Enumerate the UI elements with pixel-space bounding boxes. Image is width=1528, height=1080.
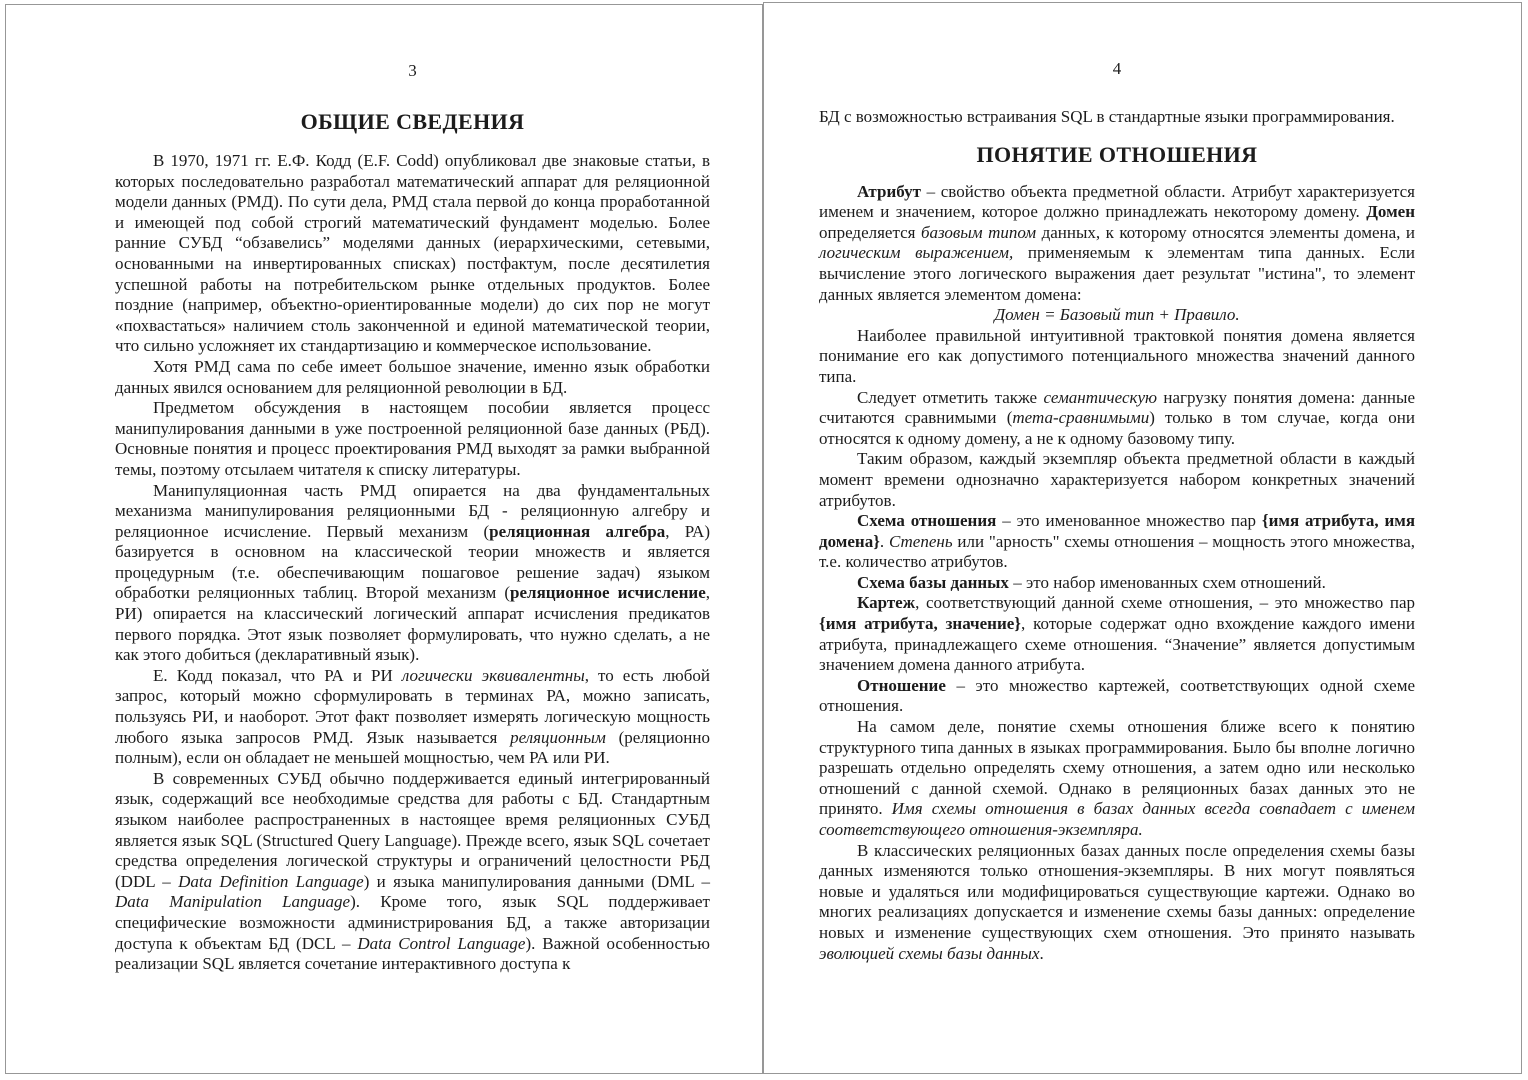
bold-term: {имя атрибута, значение} xyxy=(819,614,1021,633)
paragraph: В классических реляционных базах данных … xyxy=(819,841,1415,965)
bold-term: Атрибут xyxy=(857,182,921,201)
paragraph: Схема базы данных – это набор именованны… xyxy=(819,573,1415,594)
italic-term: Data Manipulation Language xyxy=(115,892,350,911)
paragraph: Картеж, соответствующий данной схеме отн… xyxy=(819,593,1415,675)
text-run: Наиболее правильной интуитивной трактовк… xyxy=(819,326,1415,386)
italic-term: Имя схемы отношения в базах данных всегд… xyxy=(819,799,1415,839)
paragraph: Манипуляционная часть РМД опирается на д… xyxy=(115,481,710,666)
section-title-general-info: ОБЩИЕ СВЕДЕНИЯ xyxy=(115,109,710,135)
bold-term: Домен xyxy=(1366,202,1415,221)
paragraph: Хотя РМД сама по себе имеет большое знач… xyxy=(115,357,710,398)
paragraph: Таким образом, каждый экземпляр объекта … xyxy=(819,449,1415,511)
text-run: , соответствующий данной схеме отношения… xyxy=(915,593,1415,612)
paragraph: В современных СУБД обычно поддерживается… xyxy=(115,769,710,975)
text-run: – это именованное множество пар xyxy=(996,511,1262,530)
page-right-continuation-paragraphs: БД с возможностью встраивания SQL в стан… xyxy=(819,107,1415,128)
text-run: Е. Кодд показал, что РА и РИ xyxy=(153,666,402,685)
paragraph: В 1970, 1971 гг. Е.Ф. Кодд (E.F. Codd) о… xyxy=(115,151,710,357)
bold-term: реляционное исчисление xyxy=(510,583,706,602)
section-title-relation-concept: ПОНЯТИЕ ОТНОШЕНИЯ xyxy=(819,142,1415,168)
bold-term: Схема отношения xyxy=(857,511,996,530)
italic-term: эволюцией схемы базы данных xyxy=(819,944,1040,963)
page-left: 3 ОБЩИЕ СВЕДЕНИЯ В 1970, 1971 гг. Е.Ф. К… xyxy=(5,4,763,1074)
text-run: В классических реляционных базах данных … xyxy=(819,841,1415,942)
page-right-paragraphs: Атрибут – свойство объекта предметной об… xyxy=(819,182,1415,965)
text-run: ) и языка манипулирования данными (DML – xyxy=(364,872,710,891)
italic-term: семантическую xyxy=(1044,388,1157,407)
page-right-content: 4 БД с возможностью встраивания SQL в ст… xyxy=(819,3,1415,964)
bold-term: Схема базы данных xyxy=(857,573,1009,592)
text-run: Предметом обсуждения в настоящем пособии… xyxy=(115,398,710,479)
text-run: – это набор именованных схем отношений. xyxy=(1009,573,1326,592)
book-spread: 3 ОБЩИЕ СВЕДЕНИЯ В 1970, 1971 гг. Е.Ф. К… xyxy=(0,0,1528,1080)
text-run: . xyxy=(880,532,889,551)
italic-term: логическим выражением, xyxy=(819,243,1013,262)
page-number-left: 3 xyxy=(115,61,710,81)
page-number-right: 4 xyxy=(819,59,1415,79)
italic-term: тета-сравнимыми xyxy=(1012,408,1149,427)
paragraph: Атрибут – свойство объекта предметной об… xyxy=(819,182,1415,306)
bold-term: Картеж xyxy=(857,593,915,612)
italic-term: логически эквивалентны xyxy=(402,666,585,685)
italic-term: реляционным xyxy=(510,728,606,747)
paragraph: На самом деле, понятие схемы отношения б… xyxy=(819,717,1415,841)
italic-term: Data Control Language xyxy=(357,934,525,953)
italic-term: Степень xyxy=(889,532,953,551)
text-run: Таким образом, каждый экземпляр объекта … xyxy=(819,449,1415,509)
text-run: БД с возможностью встраивания SQL в стан… xyxy=(819,107,1395,126)
paragraph: Наиболее правильной интуитивной трактовк… xyxy=(819,326,1415,388)
paragraph: Следует отметить также семантическую наг… xyxy=(819,388,1415,450)
bold-term: Отношение xyxy=(857,676,946,695)
italic-term: Data Definition Language xyxy=(178,872,364,891)
paragraph: Отношение – это множество картежей, соот… xyxy=(819,676,1415,717)
italic-term: Домен = Базовый тип + Правило. xyxy=(994,305,1239,324)
text-run: определяется xyxy=(819,223,921,242)
formula-line: Домен = Базовый тип + Правило. xyxy=(819,305,1415,326)
paragraph: Предметом обсуждения в настоящем пособии… xyxy=(115,398,710,480)
text-run: Следует отметить также xyxy=(857,388,1044,407)
italic-term: базовым типом xyxy=(921,223,1036,242)
page-left-content: 3 ОБЩИЕ СВЕДЕНИЯ В 1970, 1971 гг. Е.Ф. К… xyxy=(115,5,710,975)
text-run: Хотя РМД сама по себе имеет большое знач… xyxy=(115,357,710,397)
paragraph: Схема отношения – это именованное множес… xyxy=(819,511,1415,573)
page-right: 4 БД с возможностью встраивания SQL в ст… xyxy=(763,2,1522,1074)
paragraph: Е. Кодд показал, что РА и РИ логически э… xyxy=(115,666,710,769)
paragraph: БД с возможностью встраивания SQL в стан… xyxy=(819,107,1415,128)
text-run: В 1970, 1971 гг. Е.Ф. Кодд (E.F. Codd) о… xyxy=(115,151,710,355)
bold-term: реляционная алгебра xyxy=(489,522,665,541)
text-run: . xyxy=(1040,944,1044,963)
text-run: данных, к которому относятся элементы до… xyxy=(1036,223,1415,242)
page-left-paragraphs: В 1970, 1971 гг. Е.Ф. Кодд (E.F. Codd) о… xyxy=(115,151,710,975)
